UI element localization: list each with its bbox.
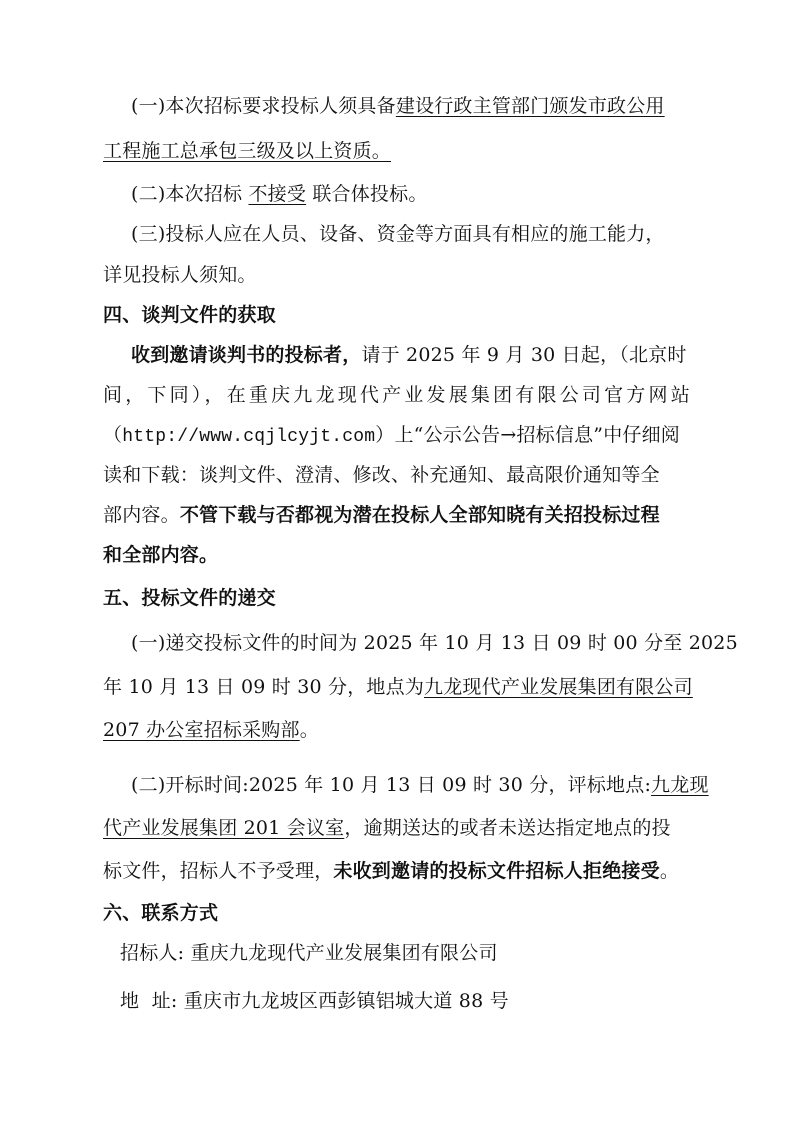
section-5-heading: 五、投标文件的递交 — [103, 586, 693, 610]
requirement-item-3-text: (三)投标人应在人员、设备、资金等方面具有相应的施工能力， — [131, 223, 665, 245]
section-4-paragraph-line-5: 部内容。不管下载与否都视为潜在投标人全部知晓有关招投标过程 — [103, 503, 693, 527]
submission-item-1-line-3: 207 办公室招标采购部。 — [103, 718, 693, 742]
requirement-item-3-line-2: 详见投标人须知。 — [103, 263, 693, 287]
section-4-paragraph-line-2: 间，下同），在重庆九龙现代产业发展集团有限公司官方网站 — [103, 383, 693, 407]
section-4-paragraph-line-3: （http://www.cqjlcyjt.com）上“公示公告→招标信息”中仔细… — [103, 423, 693, 449]
requirement-item-3-text-continued: 详见投标人须知。 — [103, 264, 257, 286]
tenderer-value: 重庆九龙现代产业发展集团有限公司 — [190, 942, 497, 964]
submission-item-1-line-1: (一)递交投标文件的时间为 2025 年 10 月 13 日 09 时 00 分… — [131, 631, 721, 655]
website-url-link[interactable]: http://www.cqjlcyjt.com — [122, 427, 375, 447]
submission-time-text: (一)递交投标文件的时间为 2025 年 10 月 13 日 09 时 00 分… — [131, 632, 738, 654]
section-4-heading: 四、谈判文件的获取 — [103, 303, 693, 327]
evaluation-location: 九龙现 — [651, 774, 709, 796]
uninvited-rejection-emphasis: 未收到邀请的投标文件招标人拒绝接受 — [333, 860, 659, 882]
requirement-item-1-line-1: (一)本次招标要求投标人须具备建设行政主管部门颁发市政公用 — [131, 94, 721, 118]
document-page: (一)本次招标要求投标人须具备建设行政主管部门颁发市政公用 工程施工总承包三级及… — [0, 0, 793, 1122]
section-4-paragraph-line-6: 和全部内容。 — [103, 543, 693, 567]
consortium-status: 不接受 — [248, 183, 306, 205]
official-website-text: 间，下同），在重庆九龙现代产业发展集团有限公司官方网站 — [103, 384, 693, 406]
awareness-notice-emphasis: 不管下载与否都视为潜在投标人全部知晓有关招投标过程 — [180, 504, 660, 526]
requirement-item-3-line-1: (三)投标人应在人员、设备、资金等方面具有相应的施工能力， — [131, 222, 721, 246]
submission-office: 207 办公室招标采购部 — [103, 719, 300, 741]
submission-item-1-line-2: 年 10 月 13 日 09 时 30 分，地点为九龙现代产业发展集团有限公司 — [103, 675, 693, 699]
paren-open: （ — [103, 424, 122, 446]
period: 。 — [300, 719, 319, 741]
tenderer-label: 招标人: — [120, 942, 190, 964]
qualification-text-continued: 工程施工总承包三级及以上资质。 — [103, 140, 391, 162]
requirement-item-1-prefix: (一)本次招标要求投标人须具备 — [131, 95, 396, 117]
submission-deadline-text: 年 10 月 13 日 09 时 30 分，地点为 — [103, 676, 424, 698]
announcement-path-text: ）上“公示公告→招标信息”中仔细阅 — [375, 424, 680, 446]
requirement-item-2-suffix: 联合体投标。 — [306, 183, 427, 205]
submission-item-2-line-2: 代产业发展集团 201 会议室，逾期送达的或者未送达指定地点的投 — [103, 816, 693, 840]
requirement-item-2: (二)本次招标 不接受 联合体投标。 — [131, 182, 721, 206]
requirement-item-1-line-2: 工程施工总承包三级及以上资质。 — [103, 139, 693, 163]
address-label: 地 址: — [120, 990, 184, 1012]
qualification-text: 建设行政主管部门颁发市政公用 — [396, 95, 665, 117]
evaluation-location-continued: 代产业发展集团 201 会议室 — [103, 817, 344, 839]
awareness-notice-emphasis-continued: 和全部内容。 — [103, 544, 218, 566]
period: 。 — [660, 860, 679, 882]
submission-item-2-line-1: (二)开标时间:2025 年 10 月 13 日 09 时 30 分，评标地点:… — [131, 773, 721, 797]
start-date-text: 请于 2025 年 9 月 30 日起，（北京时 — [361, 344, 686, 366]
all-content-text: 部内容。 — [103, 504, 180, 526]
opening-time-text: (二)开标时间:2025 年 10 月 13 日 09 时 30 分，评标地点: — [131, 774, 651, 796]
address-value: 重庆市九龙坡区西彭镇铝城大道 88 号 — [184, 990, 509, 1012]
address-contact-row: 地 址: 重庆市九龙坡区西彭镇铝城大道 88 号 — [120, 989, 710, 1013]
tenderer-contact-row: 招标人: 重庆九龙现代产业发展集团有限公司 — [120, 941, 710, 965]
requirement-item-2-prefix: (二)本次招标 — [131, 183, 248, 205]
submission-item-2-line-3: 标文件，招标人不予受理，未收到邀请的投标文件招标人拒绝接受。 — [103, 859, 693, 883]
section-4-paragraph-line-1: 收到邀请谈判书的投标者，请于 2025 年 9 月 30 日起，（北京时 — [131, 343, 721, 367]
download-items-text: 读和下载：谈判文件、澄清、修改、补充通知、最高限价通知等全 — [103, 464, 660, 486]
rejection-text: 标文件，招标人不予受理， — [103, 860, 333, 882]
late-delivery-text: ，逾期送达的或者未送达指定地点的投 — [344, 817, 670, 839]
section-6-heading: 六、联系方式 — [103, 901, 693, 925]
submission-location: 九龙现代产业发展集团有限公司 — [424, 676, 693, 698]
section-4-paragraph-line-4: 读和下载：谈判文件、澄清、修改、补充通知、最高限价通知等全 — [103, 463, 693, 487]
invited-bidders-emphasis: 收到邀请谈判书的投标者， — [131, 344, 361, 366]
